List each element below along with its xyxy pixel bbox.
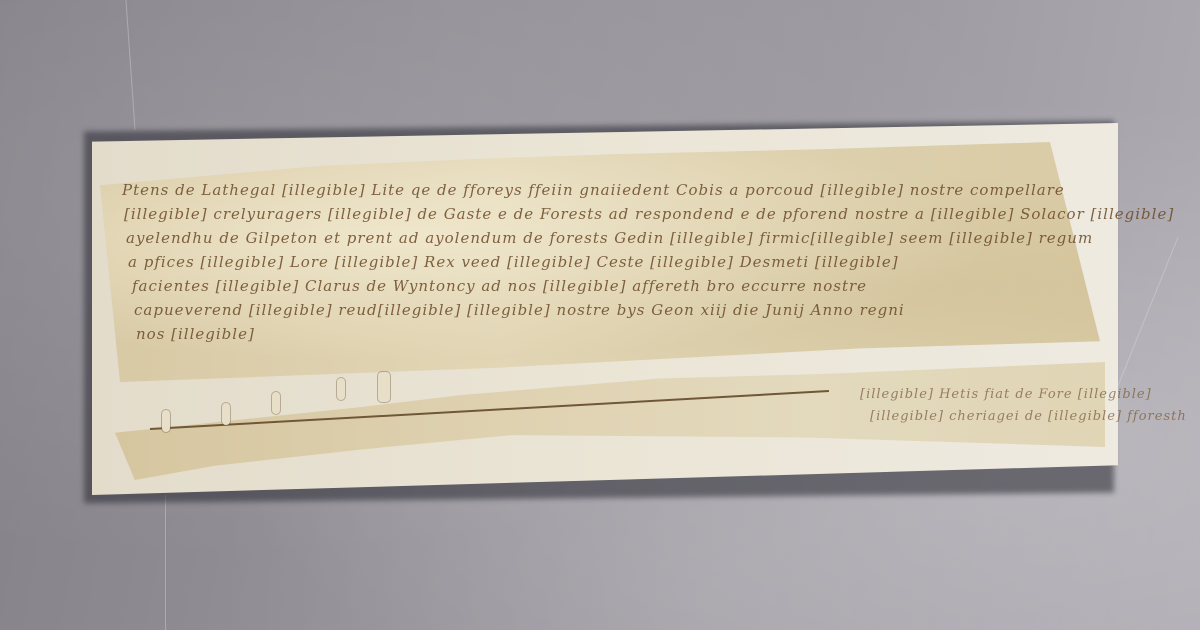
endorsement-text: [illegible] Hetis fiat de Fore [illegibl… xyxy=(860,384,1187,428)
endorsement-line: [illegible] cheriagei de [illegible] ffo… xyxy=(870,406,1187,428)
endorsement-line: [illegible] Hetis fiat de Fore [illegibl… xyxy=(860,384,1187,406)
text-line: Ptens de Lathegal [illegible] Lite qe de… xyxy=(122,178,1078,202)
sewing-stitch xyxy=(272,392,280,414)
text-line: ayelendhu de Gilpeton et prent ad ayolen… xyxy=(126,226,1078,250)
sewing-stitch xyxy=(162,410,170,432)
sewing-stitch xyxy=(222,403,230,425)
text-line: [illegible] crelyuragers [illegible] de … xyxy=(124,202,1078,226)
tissue-crease xyxy=(165,495,166,630)
text-line: facientes [illegible] Clarus de Wyntoncy… xyxy=(132,274,1078,298)
sewing-stitch xyxy=(378,372,390,402)
charter-text: Ptens de Lathegal [illegible] Lite qe de… xyxy=(118,178,1078,346)
text-line: capueverend [illegible] reud[illegible] … xyxy=(134,298,1078,322)
sewing-stitch xyxy=(337,378,345,400)
text-line: nos [illegible] xyxy=(136,322,1078,346)
text-line: a pfices [illegible] Lore [illegible] Re… xyxy=(128,250,1078,274)
